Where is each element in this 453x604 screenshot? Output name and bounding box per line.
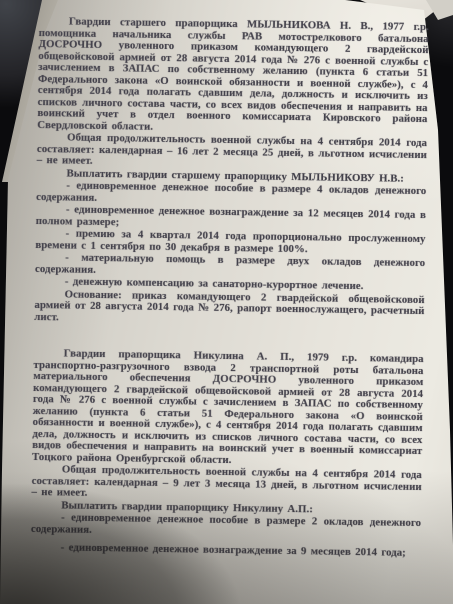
document-text: Гвардии старшего прапорщика МЫЛЬНИКОВА Н… xyxy=(31,16,429,561)
photo-backdrop: { "photo": { "background_color": "#0b0b0… xyxy=(0,0,453,604)
bullet-nikulin-lump-sum-allowance: - единовременное денежное пособие в разм… xyxy=(31,512,421,541)
paragraph-nikulin-service-length: Общая продолжительность военной службы н… xyxy=(31,464,421,505)
paragraph-mylnikov-basis: Основание: приказ командующего 2 гвардей… xyxy=(34,288,424,329)
paragraph-nikulin-discharge-order: Гвардии прапорщика Никулина А. П., 1979 … xyxy=(32,348,424,469)
paragraph-mylnikov-discharge-order: Гвардии старшего прапорщика МЫЛЬНИКОВА Н… xyxy=(37,16,429,137)
paragraph-mylnikov-service-length: Общая продолжительность военной службы н… xyxy=(37,132,427,173)
